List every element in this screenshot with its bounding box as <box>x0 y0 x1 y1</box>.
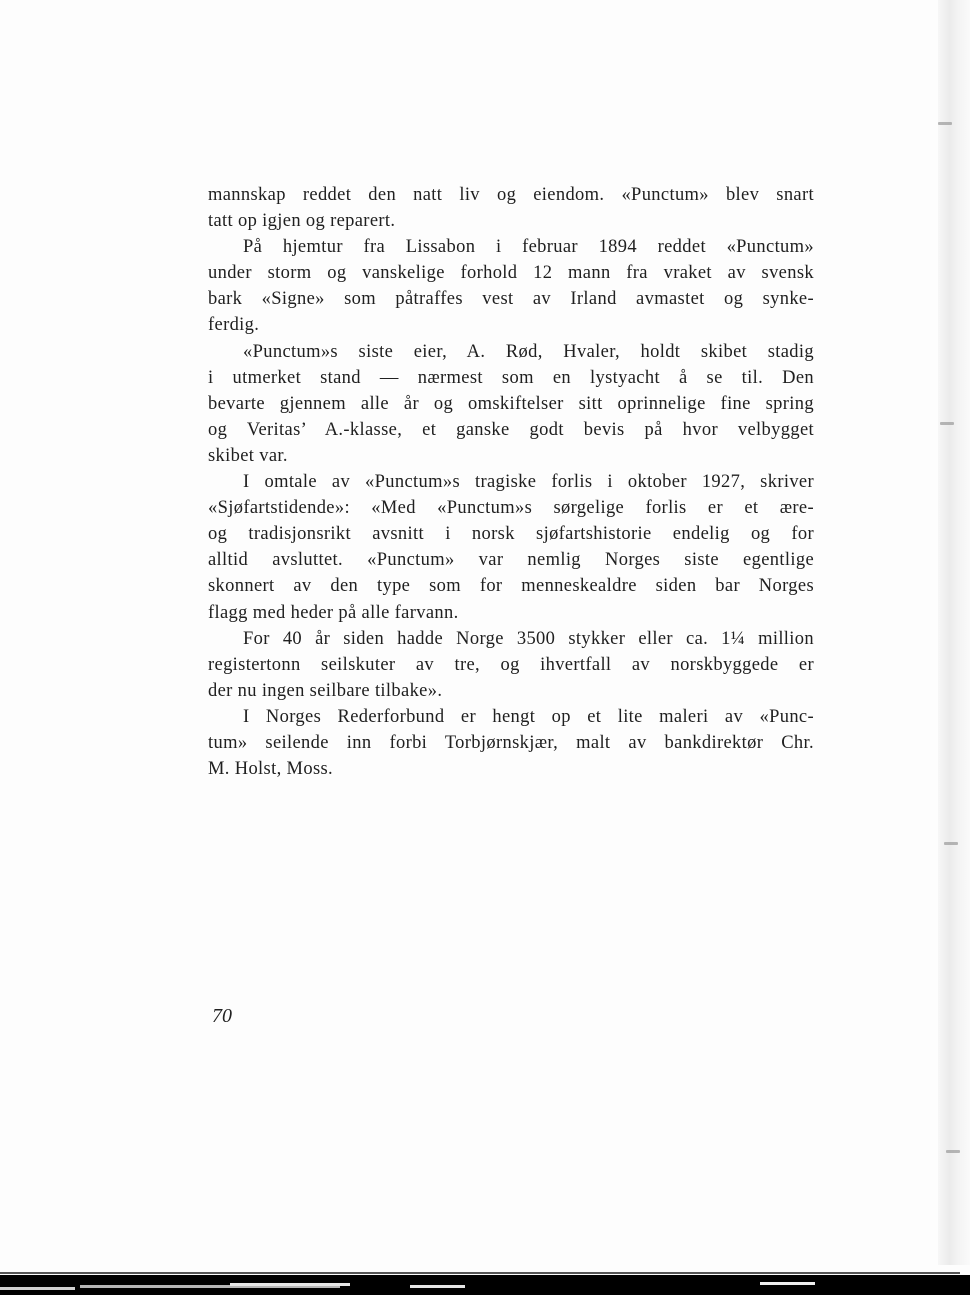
text-line: registertonn seilskuter av tre, og ihver… <box>208 652 814 678</box>
paragraph: På hjemtur fra Lissabon i februar 1894 r… <box>208 234 814 338</box>
paragraph: I omtale av «Punctum»s tragiske forlis i… <box>208 469 814 626</box>
text-line: M. Holst, Moss. <box>208 756 814 782</box>
text-line: skibet var. <box>208 443 814 469</box>
scan-artifact-mark <box>946 1150 960 1153</box>
text-line: og tradisjonsrikt avsnitt i norsk sjøfar… <box>208 521 814 547</box>
paragraph: For 40 år siden hadde Norge 3500 stykker… <box>208 626 814 704</box>
text-line: alltid avsluttet. «Punctum» var nemlig N… <box>208 547 814 573</box>
text-line: tatt op igjen og reparert. <box>208 208 814 234</box>
scan-edge-line <box>0 1272 960 1274</box>
text-line: I Norges Rederforbund er hengt op et lit… <box>208 704 814 730</box>
text-line: bark «Signe» som påtraffes vest av Irlan… <box>208 286 814 312</box>
text-line: I omtale av «Punctum»s tragiske forlis i… <box>208 469 814 495</box>
scan-artifact-mark <box>938 122 952 125</box>
scan-artifact-mark <box>944 842 958 845</box>
scan-edge-streak <box>230 1283 350 1286</box>
text-line: For 40 år siden hadde Norge 3500 stykker… <box>208 626 814 652</box>
text-line: På hjemtur fra Lissabon i februar 1894 r… <box>208 234 814 260</box>
text-line: «Sjøfartstidende»: «Med «Punctum»s sørge… <box>208 495 814 521</box>
page-spine-shadow <box>938 0 970 1265</box>
scan-edge-streak <box>410 1285 465 1288</box>
text-line: tum» seilende inn forbi Torbjørnskjær, m… <box>208 730 814 756</box>
text-line: flagg med heder på alle farvann. <box>208 600 814 626</box>
scanned-book-page: mannskap reddet den natt liv og eiendom.… <box>0 0 970 1295</box>
text-line: i utmerket stand — nærmest som en lystya… <box>208 365 814 391</box>
paragraph: mannskap reddet den natt liv og eiendom.… <box>208 182 814 234</box>
paragraph: I Norges Rederforbund er hengt op et lit… <box>208 704 814 782</box>
page-number: 70 <box>212 1005 232 1028</box>
text-line: og Veritas’ A.-klasse, et ganske godt be… <box>208 417 814 443</box>
scan-artifact-mark <box>940 422 954 425</box>
text-line: mannskap reddet den natt liv og eiendom.… <box>208 182 814 208</box>
paragraph: «Punctum»s siste eier, A. Rød, Hvaler, h… <box>208 339 814 469</box>
text-line: under storm og vanskelige forhold 12 man… <box>208 260 814 286</box>
scan-edge-streak <box>0 1287 75 1290</box>
body-text: mannskap reddet den natt liv og eiendom.… <box>208 182 814 782</box>
text-line: «Punctum»s siste eier, A. Rød, Hvaler, h… <box>208 339 814 365</box>
text-line: bevarte gjennem alle år og omskiftelser … <box>208 391 814 417</box>
text-line: ferdig. <box>208 312 814 338</box>
scan-edge-streak <box>760 1282 815 1285</box>
text-line: skonnert av den type som for menneskeald… <box>208 573 814 599</box>
text-line: der nu ingen seilbare tilbake». <box>208 678 814 704</box>
